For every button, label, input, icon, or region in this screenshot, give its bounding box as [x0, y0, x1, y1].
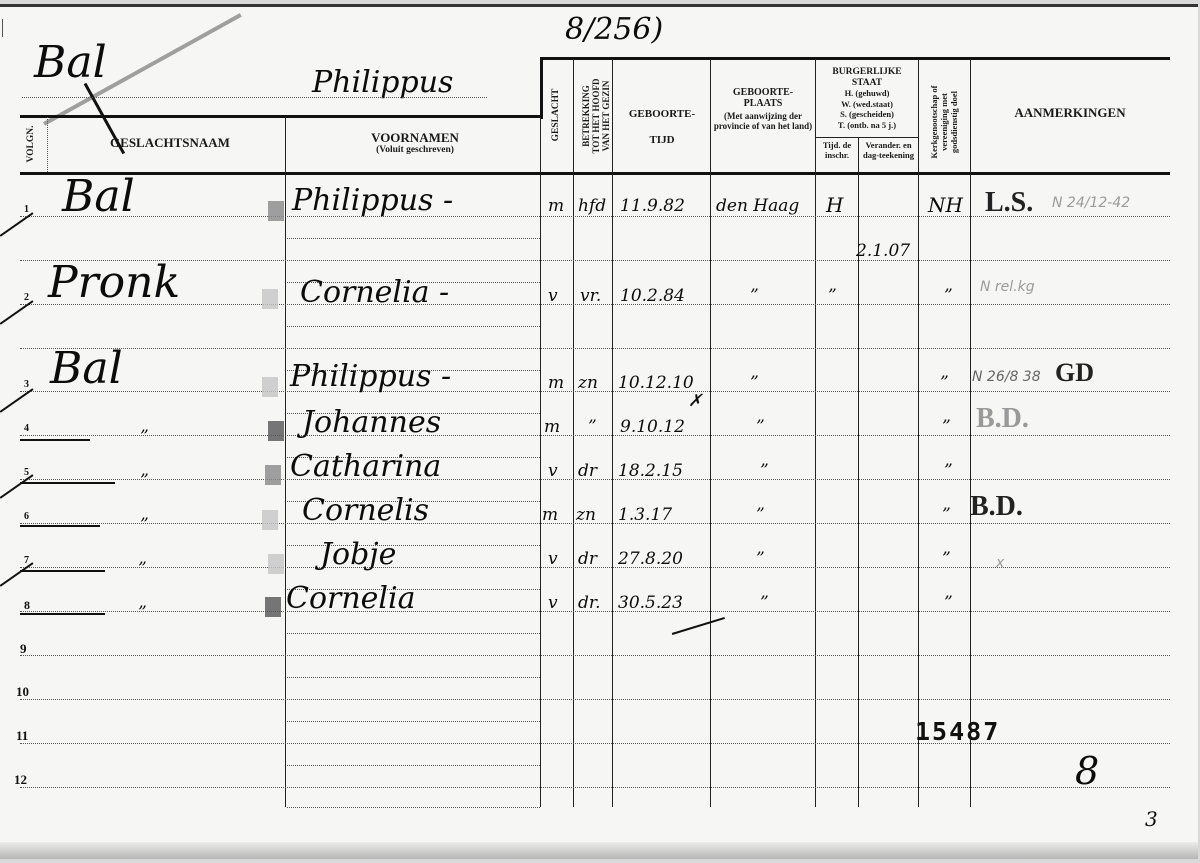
header-betrekking-l3: VAN HET GEZIN	[601, 66, 611, 166]
header-kerk-l3: godsdienstig doel	[949, 72, 959, 172]
row3-sex: m	[548, 373, 564, 393]
row3-religion: ”	[940, 373, 949, 393]
sub-line	[287, 677, 540, 678]
row3-surname: Bal	[50, 343, 123, 394]
header-geslacht: GESLACHT	[551, 75, 561, 155]
row2-sex: v	[548, 286, 558, 306]
header-bs-verander: Verander. en dag-teekening	[859, 140, 918, 160]
header-geboorteplaats-sub: (Met aanwijzing der provincie of van het…	[713, 111, 813, 131]
row6-firstname: Cornelis	[302, 493, 429, 528]
sub-line	[287, 238, 540, 239]
row-line	[20, 348, 1170, 349]
row8-relation: dr.	[578, 593, 601, 613]
sub-line	[287, 721, 540, 722]
row3-birth-place: ”	[750, 373, 759, 393]
header-voornamen-sub: (Voluit geschreven)	[300, 145, 530, 156]
margin-stroke	[0, 562, 33, 586]
row2-birth-place: ”	[750, 286, 759, 306]
head-firstname: Philippus	[312, 65, 453, 100]
row7-birth-place: ”	[756, 549, 765, 569]
header-top-rule	[540, 57, 1170, 60]
row1-civil-status: H	[826, 193, 843, 217]
header-bs-l2: STAAT	[816, 78, 918, 89]
header-bs-l1: BURGERLIJKE	[816, 67, 918, 78]
row2-relation: vr.	[580, 286, 601, 306]
row4-relation: ”	[588, 417, 597, 437]
row1-relation: hfd	[578, 196, 606, 216]
header-bs-h: H. (gehuwd)	[816, 88, 918, 99]
bs-sub-rule	[815, 137, 918, 138]
header-betrekking-l2: TOT HET HOOFD	[591, 66, 601, 166]
row5-sex: v	[548, 461, 558, 481]
header-geboortetijd-l2: TIJD	[614, 127, 710, 153]
row4-birth-date: 9.10.12	[620, 417, 685, 437]
header-bs-s: S. (gescheiden)	[816, 109, 918, 120]
header-kerkgenootschap: Kerkgenootschap of vereeniging met godsd…	[929, 72, 959, 172]
margin-stroke	[0, 474, 33, 498]
margin-stroke	[0, 300, 33, 324]
row5-surname-ditto: ”	[140, 471, 149, 491]
row-number-10: 10	[16, 684, 29, 700]
header-step-rule	[540, 57, 543, 119]
header-bs-tijd: Tijd. de inschr.	[817, 140, 857, 160]
row2-surname: Pronk	[48, 257, 180, 308]
row5-firstname: Catharina	[290, 449, 441, 484]
row-line	[20, 260, 1170, 261]
row5-religion: ”	[944, 461, 953, 481]
header-burgerlijke-staat: BURGERLIJKE STAAT H. (gehuwd) W. (wed.st…	[816, 67, 918, 130]
row4-sex: m	[544, 417, 560, 437]
header-voornamen-label: VOORNAMEN	[371, 130, 459, 145]
row8-sex: v	[548, 593, 558, 613]
row6-birth-date: 1.3.17	[618, 505, 672, 525]
header-mid-rule	[20, 115, 543, 118]
row-number-11: 11	[16, 728, 28, 744]
worn-bottom-edge	[0, 842, 1198, 859]
margin-stroke	[0, 212, 33, 236]
header-voornamen: VOORNAMEN (Voluit geschreven)	[300, 131, 530, 156]
row1-stamp-ls: L.S.	[985, 187, 1033, 219]
col-rule-voornamen	[285, 117, 286, 807]
ditto-dash	[20, 613, 105, 615]
row6-sex: m	[542, 505, 558, 525]
row-line-9	[20, 655, 1170, 656]
stamp-mark	[265, 597, 281, 617]
row3-pencil-note: N 26/8 38	[972, 369, 1041, 385]
row4-stamp-bd: B.D.	[976, 403, 1029, 435]
row-line-12	[20, 787, 1170, 788]
row2-birth-date: 10.2.84	[620, 286, 685, 306]
row8-firstname: Cornelia	[286, 581, 416, 616]
row-number-9: 9	[20, 641, 27, 657]
col-rule-kerkgenootschap	[918, 59, 919, 807]
ditto-dash	[20, 525, 100, 527]
row7-relation: dr	[578, 549, 597, 569]
row4-cross-mark: ✗	[688, 391, 702, 411]
head-surname: Bal	[34, 37, 107, 88]
stamp-mark	[262, 289, 278, 309]
header-bottom-rule	[20, 172, 1170, 175]
stamp-mark	[265, 465, 281, 485]
row1-firstname: Philippus -	[292, 183, 453, 218]
stamp-mark	[268, 201, 284, 221]
col-rule-volgn	[47, 117, 48, 172]
header-volgn: VOLGN.	[26, 119, 36, 169]
row-number-4: 4	[24, 423, 29, 434]
row-number-8: 8	[24, 598, 30, 613]
row7-pencil-mark: x	[996, 555, 1004, 571]
header-geboorteplaats-l2: PLAATS	[713, 98, 813, 109]
row8-surname-ditto: ”	[138, 603, 147, 623]
header-geboorteplaats: GEBOORTE- PLAATS (Met aanwijzing der pro…	[713, 87, 813, 131]
corner-mark: 8	[1075, 749, 1099, 793]
serial-number: 15487	[915, 717, 1000, 746]
population-register-card: Bal Philippus 8/256) VOLGN. GESLACHTSNAA…	[0, 4, 1198, 859]
margin-mark	[2, 19, 11, 37]
row6-birth-place: ”	[756, 505, 765, 525]
row4-surname-ditto: ”	[140, 427, 149, 447]
header-geboortetijd-l1: GEBOORTE-	[614, 101, 710, 127]
ditto-dash	[20, 439, 90, 441]
header-geboortetijd: GEBOORTE- TIJD	[614, 101, 710, 153]
row8-birth-place: ”	[760, 593, 769, 613]
header-bs-t: T. (ontb. na 5 j.)	[816, 120, 918, 131]
row1-pencil-note: N 24/12-42	[1052, 195, 1130, 211]
row3-stamp-gd: GD	[1055, 358, 1094, 388]
col-rule-geboortetijd	[612, 59, 613, 807]
row7-surname-ditto: ”	[138, 559, 147, 579]
row2-civil-status: ”	[828, 286, 837, 306]
header-kerk-l1: Kerkgenootschap of	[929, 72, 939, 172]
row-number-2: 2	[24, 292, 29, 303]
ditto-dash	[20, 570, 105, 572]
row2-civil-change: 2.1.07	[856, 241, 910, 261]
row3-relation: zn	[578, 373, 598, 393]
sub-line	[287, 633, 540, 634]
header-bs-w: W. (wed.staat)	[816, 99, 918, 110]
col-rule-geslacht	[540, 117, 541, 807]
row5-birth-place: ”	[760, 461, 769, 481]
row3-birth-date: 10.12.10	[618, 373, 694, 393]
header-betrekking-l1: BETREKKING	[581, 66, 591, 166]
row5-relation: dr	[578, 461, 597, 481]
col-rule-burgerlijke-staat	[815, 59, 816, 807]
row1-birth-date: 11.9.82	[620, 196, 685, 216]
row-number-12: 12	[14, 772, 27, 788]
row7-religion: ”	[942, 549, 951, 569]
row6-religion: ”	[942, 505, 951, 525]
sub-line	[287, 765, 540, 766]
row-number-6: 6	[24, 511, 29, 522]
row-number-3: 3	[24, 379, 29, 390]
header-geslachtsnaam: GESLACHTSNAAM	[60, 137, 280, 149]
row1-sex: m	[548, 196, 564, 216]
col-rule-betrekking	[573, 59, 574, 807]
row2-religion: ”	[944, 286, 953, 306]
col-rule-geboorteplaats	[710, 59, 711, 807]
sub-line	[287, 326, 540, 327]
card-reference-number: 8/256)	[565, 12, 663, 47]
row8-religion: ”	[944, 593, 953, 613]
row6-relation: zn	[576, 505, 596, 525]
row5-birth-date: 18.2.15	[618, 461, 683, 481]
row8-birth-date: 30.5.23	[618, 593, 683, 613]
row4-religion: ”	[942, 417, 951, 437]
row7-sex: v	[548, 549, 558, 569]
bottom-mark: 3	[1145, 807, 1158, 831]
col-rule-aanmerkingen	[970, 59, 971, 807]
ditto-dash	[20, 482, 115, 484]
row1-surname: Bal	[62, 171, 135, 222]
header-aanmerkingen: AANMERKINGEN	[975, 107, 1165, 119]
header-kerk-l2: vereeniging met	[939, 72, 949, 172]
sub-line	[287, 807, 540, 808]
row1-religion: NH	[928, 193, 963, 217]
row-line-10	[20, 699, 1170, 700]
row1-birth-place: den Haag	[716, 196, 799, 216]
stamp-mark	[268, 421, 284, 441]
row3-firstname: Philippus -	[290, 359, 451, 394]
row2-firstname: Cornelia -	[300, 275, 449, 310]
header-dotted-line	[22, 97, 487, 98]
row7-birth-date: 27.8.20	[618, 549, 683, 569]
margin-stroke	[0, 388, 33, 412]
header-geboorteplaats-l1: GEBOORTE-	[713, 87, 813, 98]
stamp-mark	[262, 377, 278, 397]
row8-pen-stroke	[672, 617, 725, 635]
row6-stamp-bd: B.D.	[970, 491, 1023, 523]
row4-birth-place: ”	[756, 417, 765, 437]
row7-firstname: Jobje	[320, 537, 396, 572]
row-number-1: 1	[24, 204, 29, 215]
stamp-mark	[262, 510, 278, 530]
header-betrekking: BETREKKING TOT HET HOOFD VAN HET GEZIN	[581, 66, 611, 166]
row6-surname-ditto: ”	[140, 515, 149, 535]
stamp-mark	[268, 554, 284, 574]
row4-firstname: Johannes	[302, 405, 441, 440]
col-rule-bs-split	[858, 137, 859, 807]
row2-pencil-note: N rel.kg	[980, 279, 1035, 295]
